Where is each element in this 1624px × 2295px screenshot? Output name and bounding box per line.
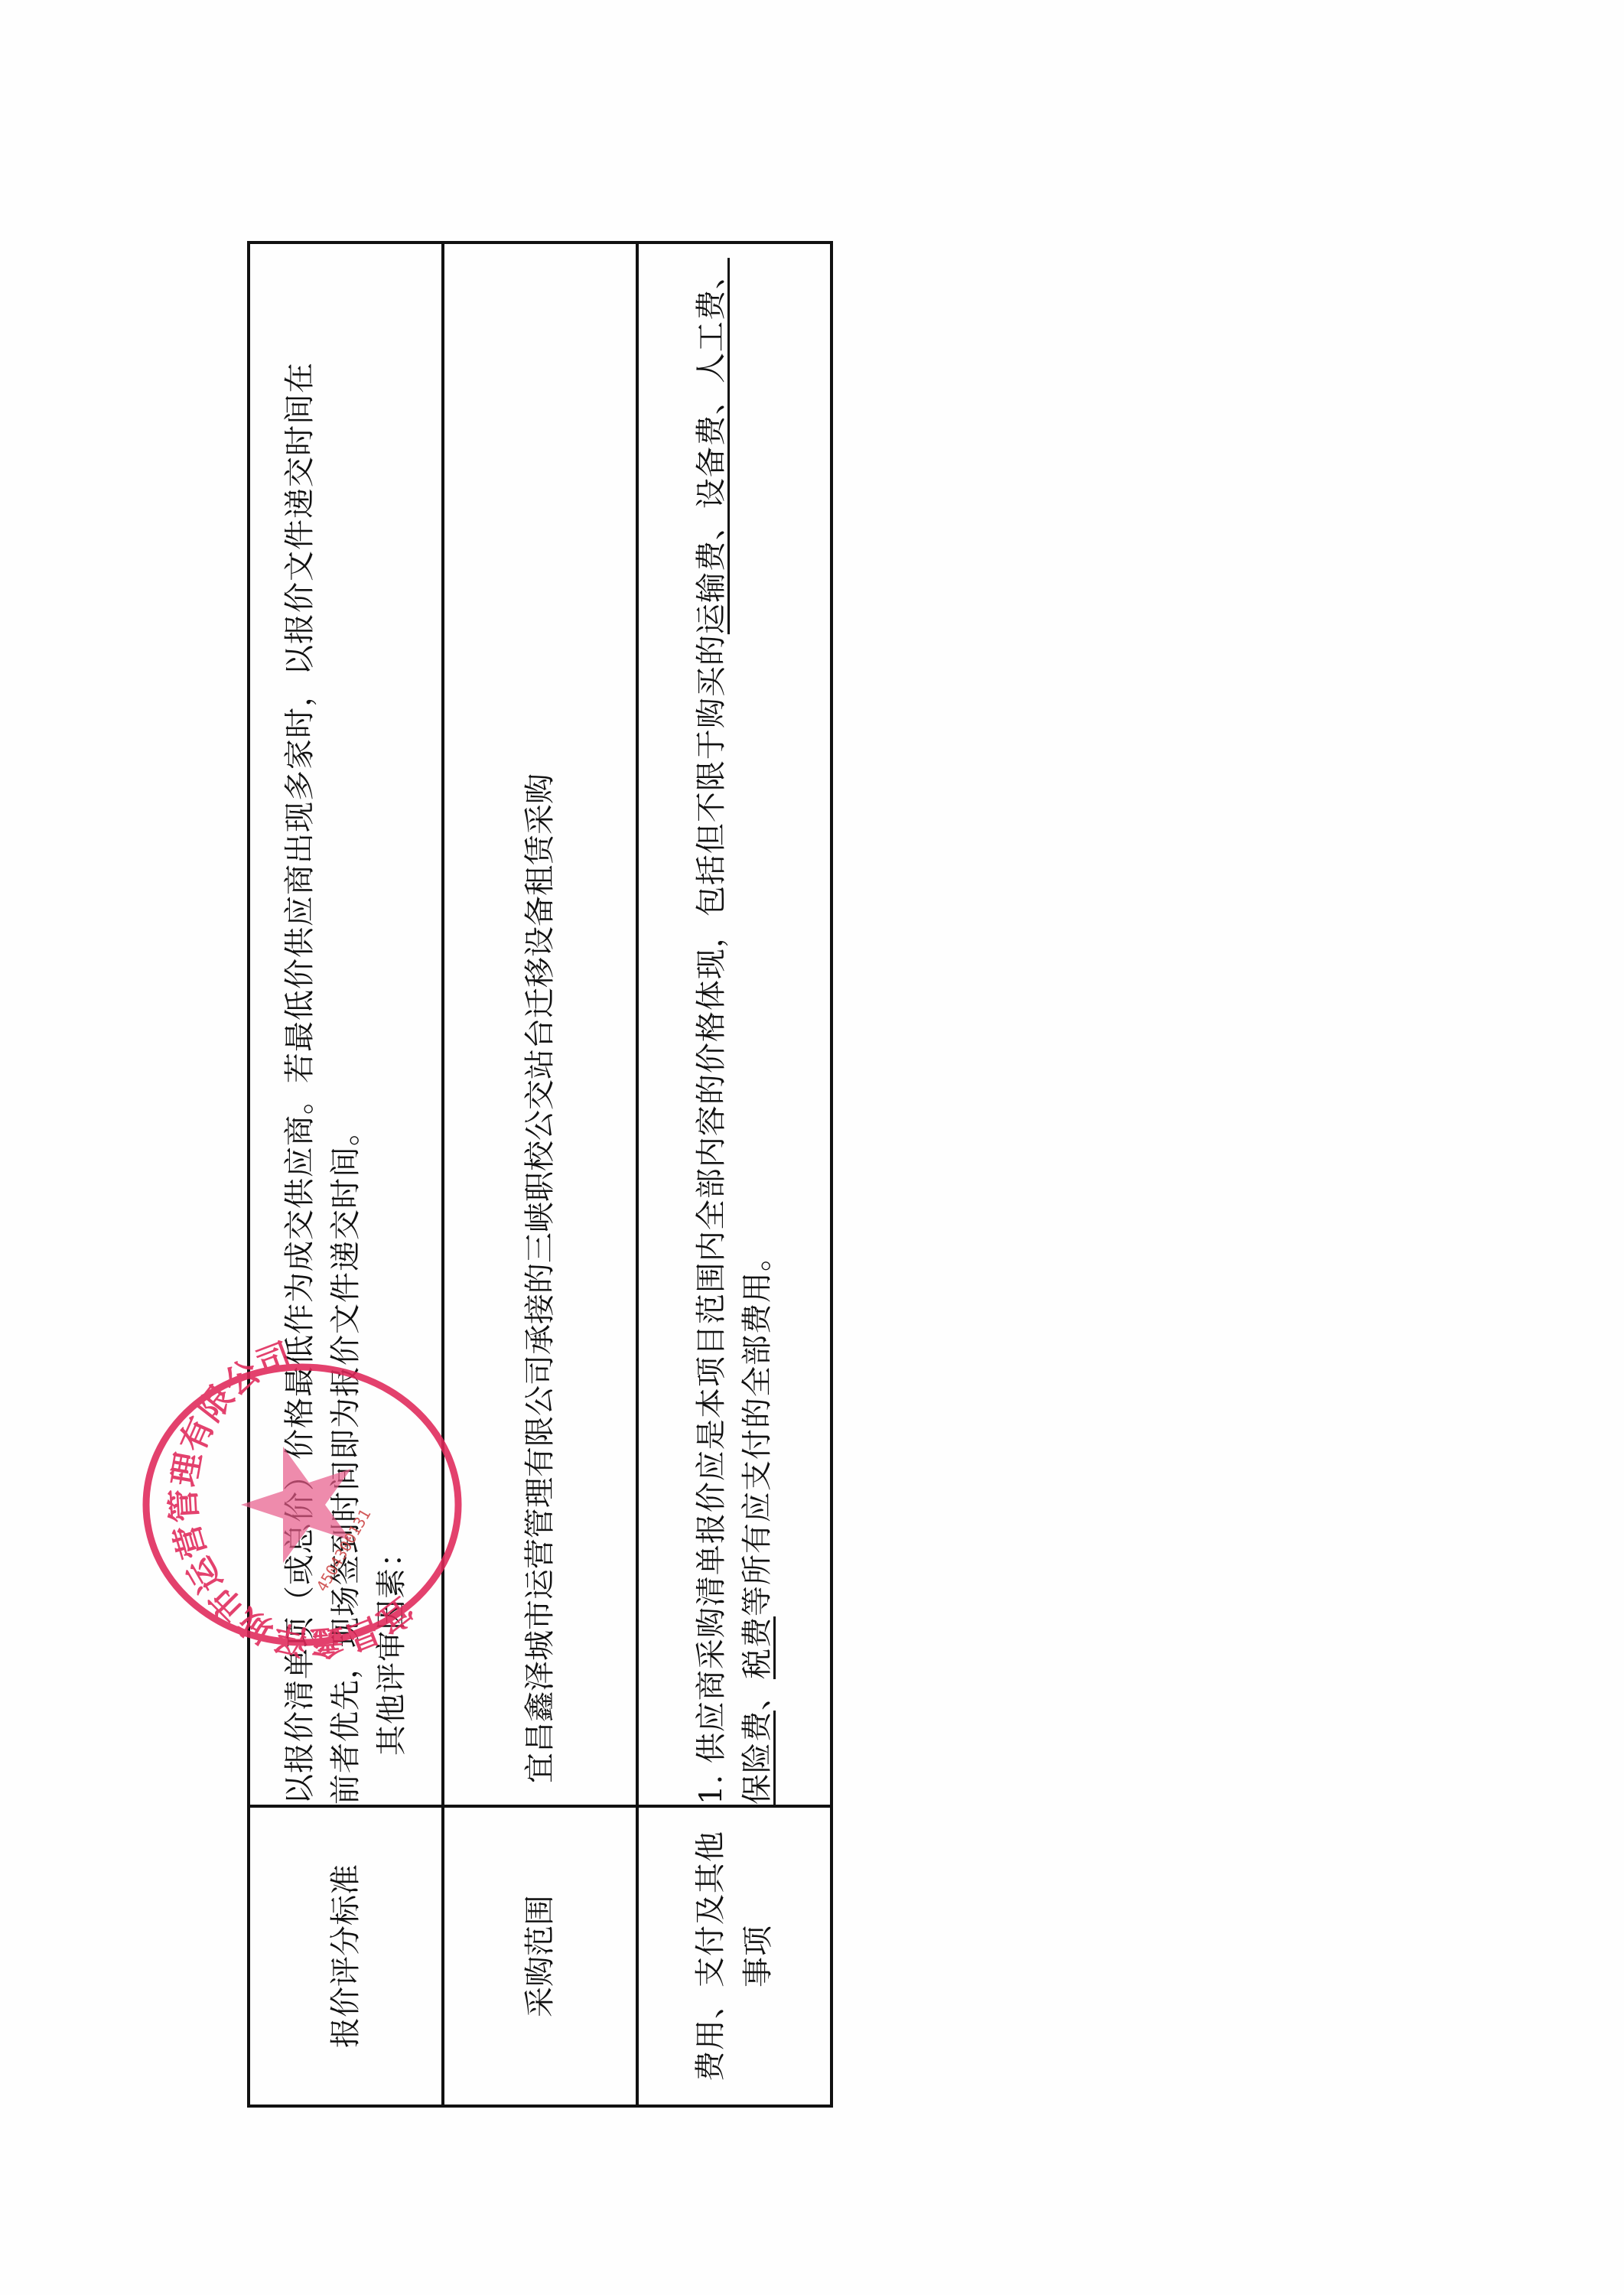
fees-line-2: 保险费、税费等所有应支付的全部费用。 (734, 244, 780, 1805)
content-procurement-scope: 宜昌鑫泽城市运营管理有限公司承接的三峡职校公交站台迁移设备租赁采购 (443, 243, 637, 1806)
procurement-spec-table: 报价评分标准 以报价清单项（或总价）价格最低作为成交供应商。若最低价供应商出现多… (247, 241, 830, 2108)
fees-line-2-tax: 税费 (740, 1616, 775, 1679)
spec-table: 报价评分标准 以报价清单项（或总价）价格最低作为成交供应商。若最低价供应商出现多… (247, 241, 833, 2108)
content-scoring-criteria: 以报价清单项（或总价）价格最低作为成交供应商。若最低价供应商出现多家时，以报价文… (249, 243, 443, 1806)
content-fees-payment: 1. 供应商采购清单报价应是本项目范围内全部内容的价格体现，包括但不限于购买的运… (637, 243, 832, 1806)
fees-line-2-sep: 、 (740, 1679, 775, 1711)
label-procurement-scope: 采购范围 (443, 1806, 637, 2106)
scoring-line-1: 以报价清单项（或总价）价格最低作为成交供应商。若最低价供应商出现多家时，以报价文… (277, 244, 323, 1805)
scoring-line-3: 其他评审因素： (369, 244, 415, 1805)
fees-line-1: 1. 供应商采购清单报价应是本项目范围内全部内容的价格体现，包括但不限于购买的运… (688, 244, 734, 1805)
label-scoring-criteria: 报价评分标准 (249, 1806, 443, 2106)
table-row-scope: 采购范围 宜昌鑫泽城市运营管理有限公司承接的三峡职校公交站台迁移设备租赁采购 (443, 243, 637, 2106)
fees-label-line-1: 费用、支付及其他 (687, 1808, 734, 2105)
fees-line-1-text: 1. 供应商采购清单报价应是本项目范围内全部内容的价格体现，包括但不限于购买的 (694, 634, 729, 1805)
fees-line-2-insurance: 保险费 (740, 1711, 775, 1805)
fees-label-line-2: 事项 (734, 1808, 782, 2105)
scoring-line-2: 前者优先，现场签到时间即为报价文件递交时间。 (323, 244, 369, 1805)
table-row-scoring: 报价评分标准 以报价清单项（或总价）价格最低作为成交供应商。若最低价供应商出现多… (249, 243, 443, 2106)
fees-line-2-text: 等所有应支付的全部费用。 (740, 1240, 775, 1616)
label-fees-payment: 费用、支付及其他 事项 (637, 1806, 832, 2106)
fees-line-1-underlined: 运输费、设备费、人工费、 (694, 258, 729, 634)
table-row-fees: 费用、支付及其他 事项 1. 供应商采购清单报价应是本项目范围内全部内容的价格体… (637, 243, 832, 2106)
scope-line-1: 宜昌鑫泽城市运营管理有限公司承接的三峡职校公交站台迁移设备租赁采购 (517, 244, 563, 1805)
scanned-page: 报价评分标准 以报价清单项（或总价）价格最低作为成交供应商。若最低价供应商出现多… (0, 0, 1624, 2295)
